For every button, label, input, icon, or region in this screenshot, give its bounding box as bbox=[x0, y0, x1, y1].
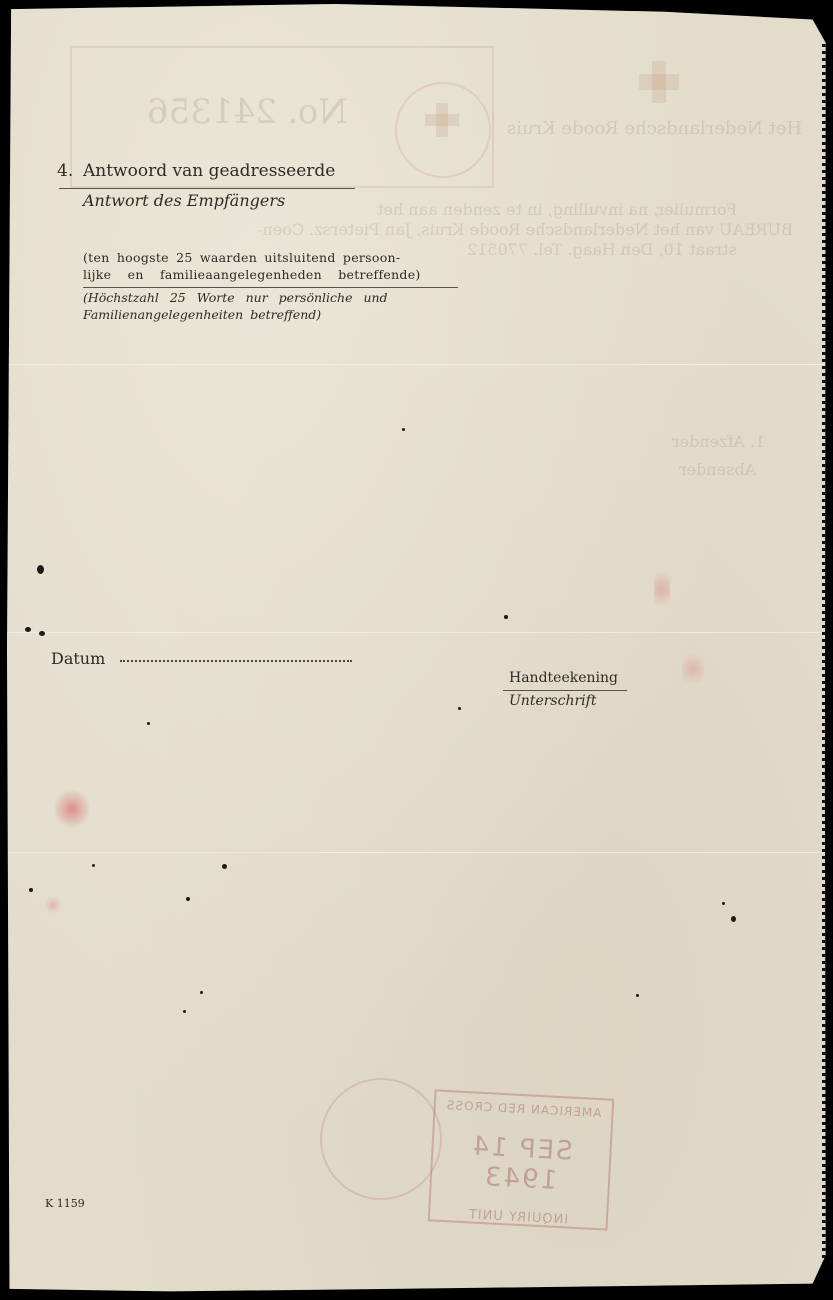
signature-label-nl: Handteekening bbox=[509, 670, 618, 686]
instruction-de-line1: (Höchstzahl 25 Worte nur persönliche und bbox=[83, 290, 388, 305]
section-number: 4. bbox=[57, 161, 73, 181]
ghost-sender-label: 1. Afzender bbox=[672, 432, 765, 451]
date-field[interactable] bbox=[120, 660, 352, 662]
title-divider bbox=[59, 188, 355, 189]
ghost-date-stamp: AMERICAN RED CROSS SEP 14 1943 INQUIRY U… bbox=[428, 1089, 615, 1230]
perforated-edge bbox=[822, 44, 826, 1264]
form-code: K 1159 bbox=[45, 1197, 85, 1210]
signature-divider bbox=[503, 690, 627, 691]
red-speckle bbox=[682, 649, 704, 689]
instruction-de-line2: Familienangelegenheiten betreffend) bbox=[83, 307, 321, 322]
red-stain bbox=[55, 787, 89, 831]
red-stain bbox=[43, 897, 63, 913]
instruction-nl-line2: lijke en familieaangelegenheden betreffe… bbox=[83, 267, 421, 282]
ghost-organisation: Het Nederlandsche Roode Kruis bbox=[507, 118, 802, 139]
ghost-form-number: No. 241356 bbox=[147, 92, 348, 132]
ghost-stamp-seal-icon bbox=[320, 1078, 442, 1200]
signature-field[interactable] bbox=[503, 714, 627, 738]
instruction-divider bbox=[83, 287, 458, 288]
section-title-nl: Antwoord van geadresseerde bbox=[83, 161, 335, 181]
section-title-de: Antwort des Empfängers bbox=[83, 191, 285, 210]
red-speckle bbox=[654, 564, 670, 614]
instruction-nl-line1: (ten hoogste 25 waarden uitsluitend pers… bbox=[83, 250, 400, 265]
fold-line bbox=[7, 852, 829, 853]
ink-mark bbox=[25, 627, 31, 632]
signature-label-de: Unterschrift bbox=[509, 693, 596, 709]
date-label: Datum bbox=[51, 649, 105, 668]
ink-mark bbox=[39, 631, 45, 636]
fold-line bbox=[7, 632, 829, 633]
document-page: No. 241356 Het Nederlandsche Roode Kruis… bbox=[7, 4, 829, 1294]
fold-line bbox=[7, 364, 829, 365]
ink-mark bbox=[37, 565, 44, 574]
